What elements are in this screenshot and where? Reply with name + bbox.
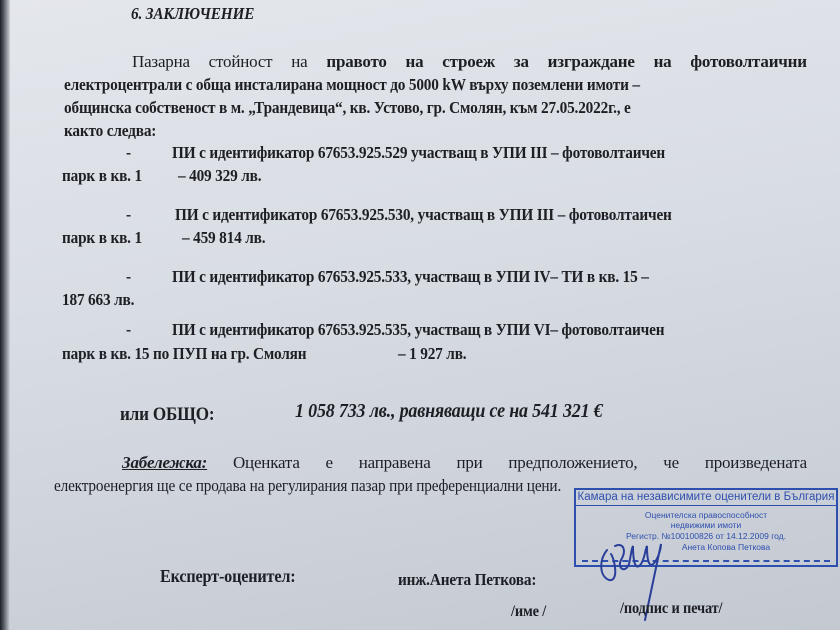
name-caption: /име / xyxy=(511,603,546,621)
item-line-1: ПИ с идентификатор 67653.925.533, участв… xyxy=(172,267,649,287)
item-line-2-left: парк в кв. 15 по ПУП на гр. Смолян xyxy=(62,344,306,364)
document-page: 6. ЗАКЛЮЧЕНИЕ Пазарна стойност на правот… xyxy=(0,0,840,630)
item-value: – 1 927 лв. xyxy=(398,344,466,364)
section-heading: 6. ЗАКЛЮЧЕНИЕ xyxy=(131,4,254,24)
intro-line-3: общинска собственост в м. „Трандевица“, … xyxy=(64,98,631,118)
item-value: – 409 329 лв. xyxy=(178,166,261,186)
item-line-2-left: парк в кв. 1 xyxy=(62,166,142,186)
expert-label: Експерт-оценител: xyxy=(160,566,295,587)
sign-caption: /подпис и печат/ xyxy=(620,600,722,618)
stamp-title: Камара на независимите оценители в Бълга… xyxy=(576,490,836,506)
bullet: - xyxy=(126,320,131,340)
intro-line-4: както следва: xyxy=(64,121,156,141)
item-value: – 459 814 лв. xyxy=(182,228,265,248)
intro-line-1: Пазарна стойност на правото на строеж за… xyxy=(132,52,807,72)
stamp-line-1: Оценителска правоспособност xyxy=(576,510,836,520)
note-line-2: електроенергия ще се продава на регулира… xyxy=(54,476,561,496)
expert-name: инж.Анета Петкова: xyxy=(398,570,536,590)
bullet: - xyxy=(126,267,131,287)
bullet: - xyxy=(126,205,131,225)
item-line-2-left: парк в кв. 1 xyxy=(62,228,142,248)
bullet: - xyxy=(126,143,131,163)
intro-line-2: електроцентрали с обща инсталирана мощно… xyxy=(64,75,640,95)
item-value: 187 663 лв. xyxy=(62,290,134,310)
item-line-1: ПИ с идентификатор 67653.925.535, участв… xyxy=(172,320,664,340)
total-value: 1 058 733 лв., равняващи се на 541 321 € xyxy=(295,400,603,423)
note-line-1: Забележка: Оценката е направена при пред… xyxy=(122,453,807,473)
item-line-1: ПИ с идентификатор 67653.925.529 участва… xyxy=(172,143,665,163)
note-title: Забележка: xyxy=(122,453,207,473)
item-line-1: ПИ с идентификатор 67653.925.530, участв… xyxy=(175,205,672,225)
total-label: или ОБЩО: xyxy=(120,404,214,426)
